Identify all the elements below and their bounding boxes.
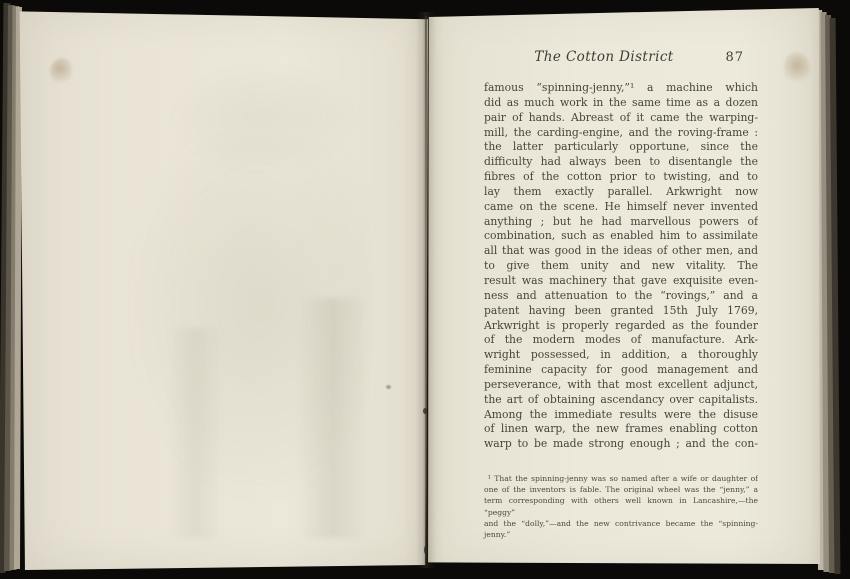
footnote-text: ¹ That the spinning-jenny was so named a… <box>484 473 758 529</box>
binding-stitch <box>423 408 427 414</box>
left-page <box>18 8 428 570</box>
gutter-fold-line <box>425 16 427 566</box>
showthrough-blob <box>168 63 358 173</box>
showthrough-blob <box>123 138 373 508</box>
footnote: ¹ That the spinning-jenny was so named a… <box>484 473 758 540</box>
right-page: The Cotton District 87 famous “spinning-… <box>428 4 820 568</box>
footnote-last-line: jenny.” <box>484 529 758 540</box>
showthrough-streak <box>168 328 223 538</box>
page-number: 87 <box>725 50 744 65</box>
book-scan: The Cotton District 87 famous “spinning-… <box>0 0 850 579</box>
running-title: The Cotton District <box>484 49 724 65</box>
page-header: The Cotton District 87 <box>484 49 758 69</box>
binding-stitch <box>424 546 427 554</box>
body-text: famous “spinning-jenny,”¹ a machine whic… <box>484 81 758 457</box>
fox-stain-right <box>784 52 810 84</box>
showthrough-streak <box>298 298 368 538</box>
fox-stain-left <box>50 58 72 84</box>
ink-speck <box>386 385 391 389</box>
